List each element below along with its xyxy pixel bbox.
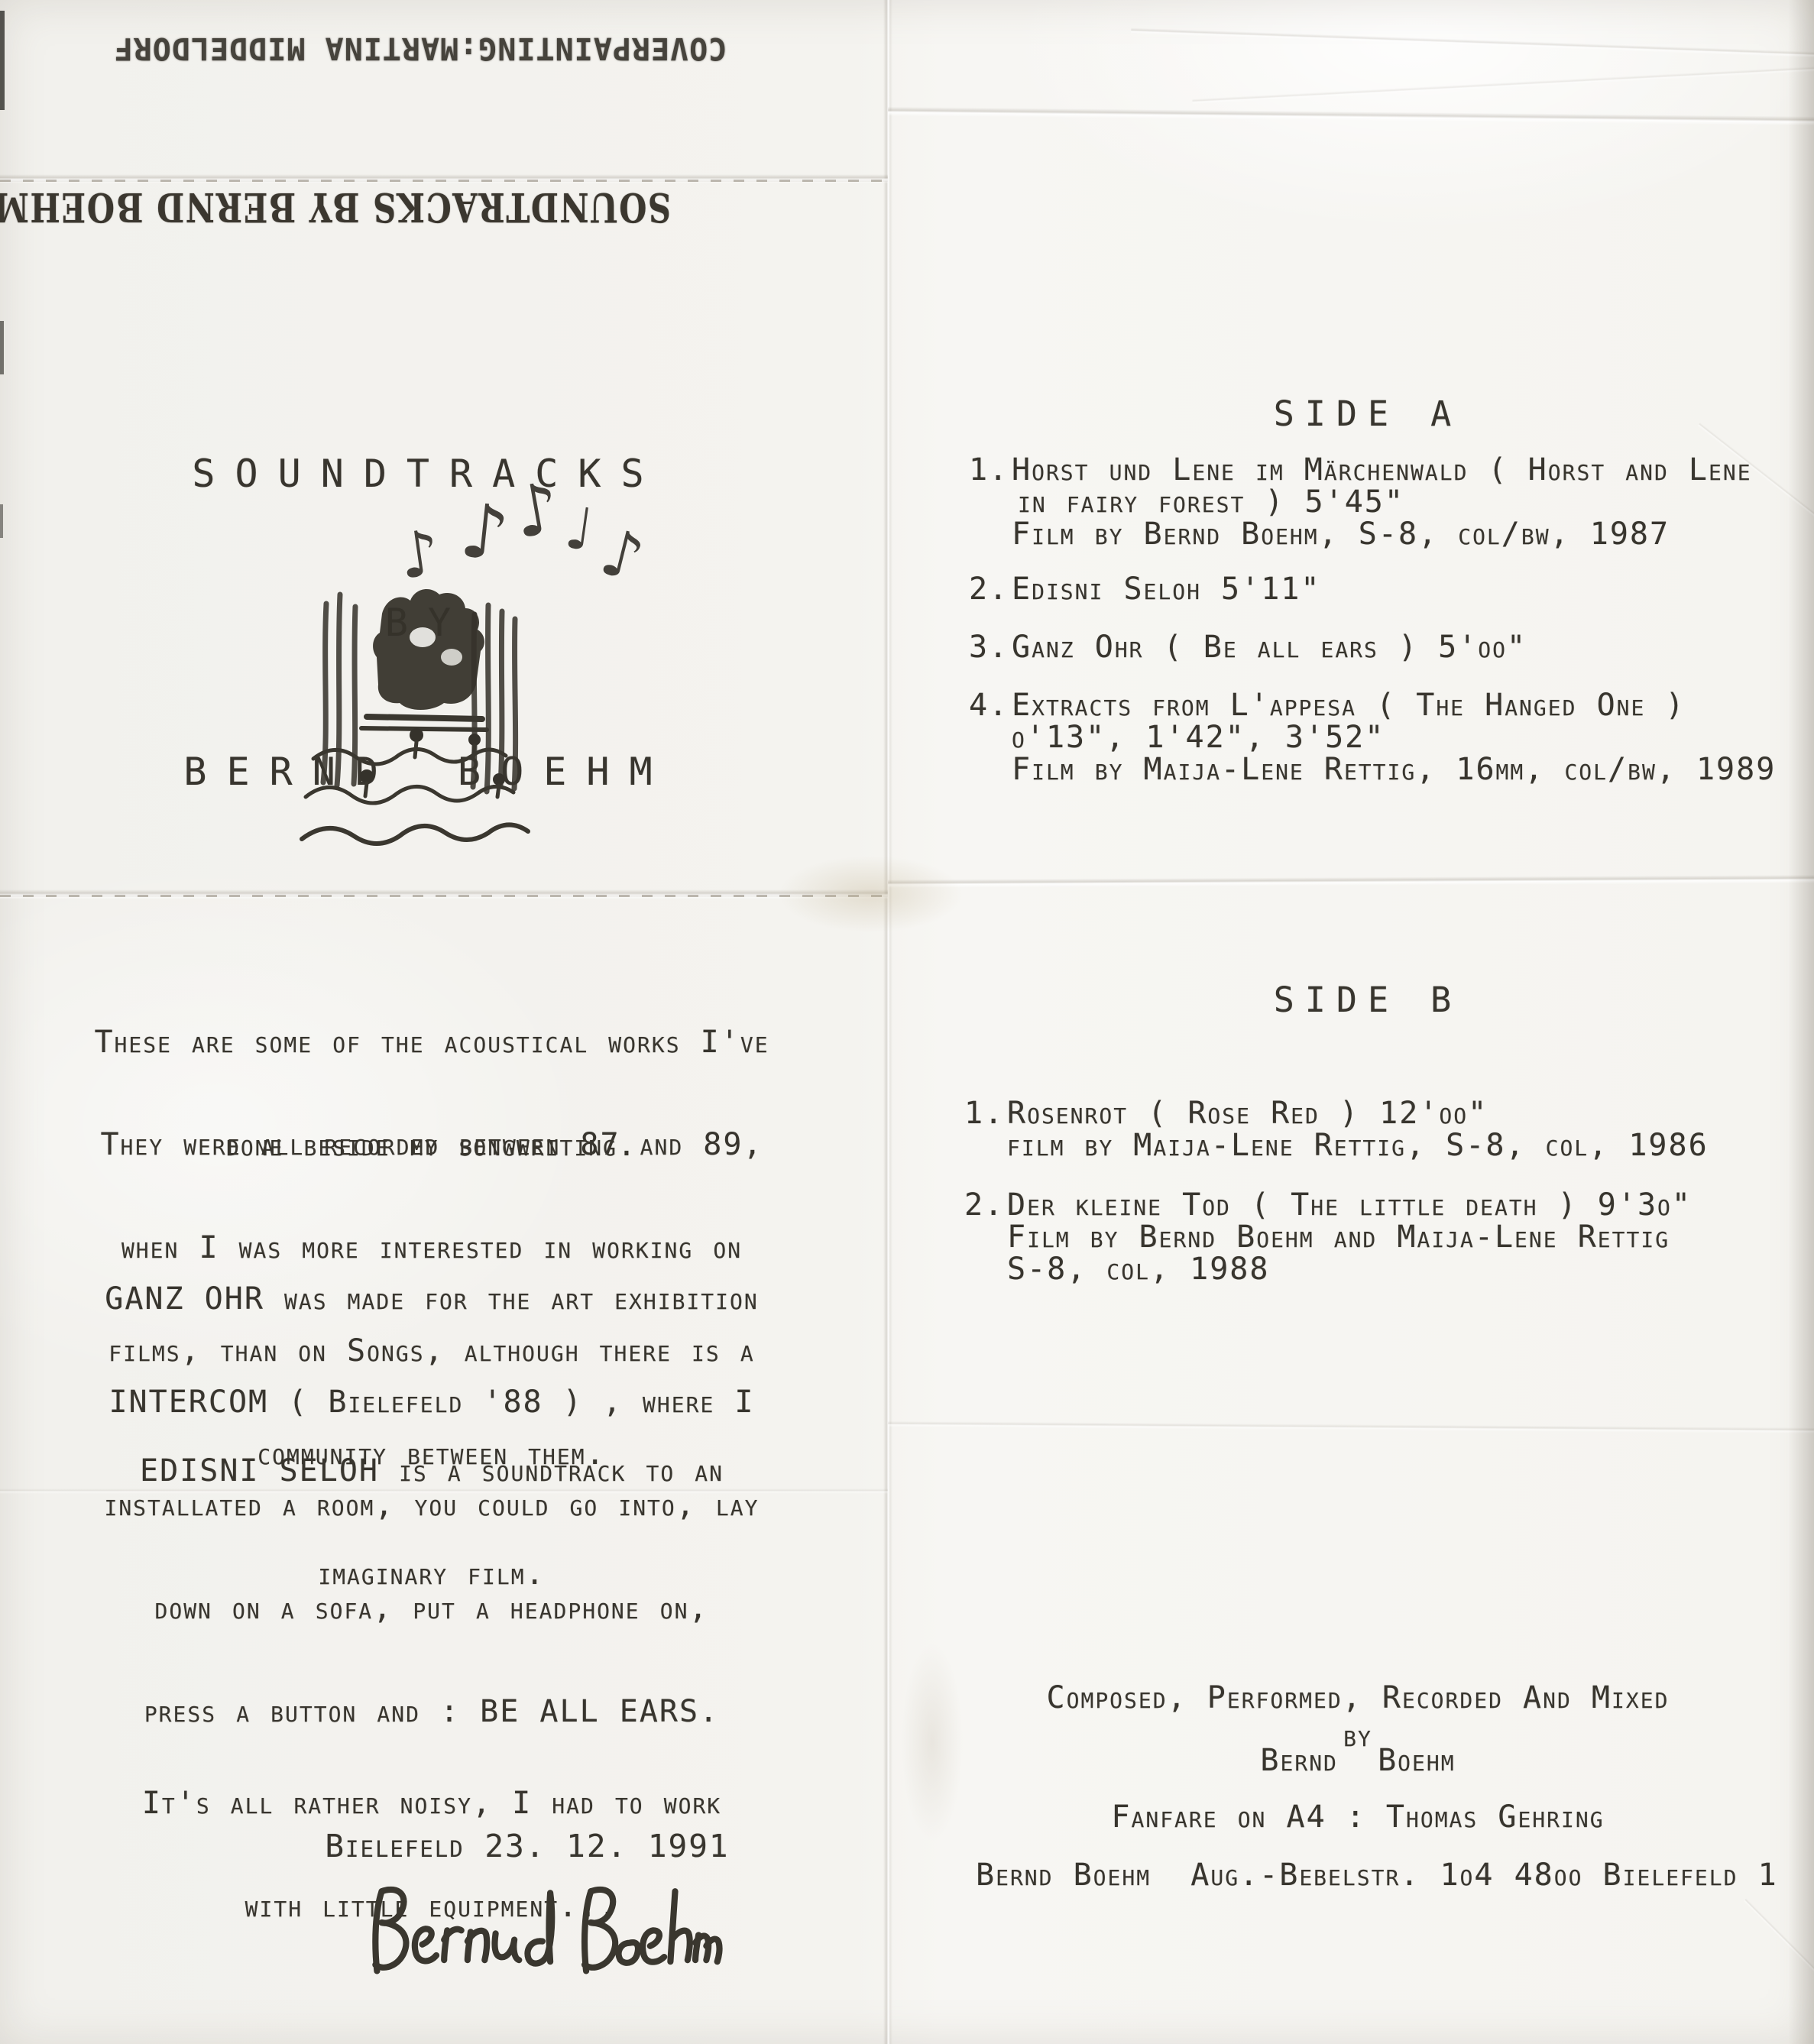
- track-line: Rosenrot ( Rose Red ) 12'oo": [1007, 1097, 1709, 1129]
- track-row: 2. Edisni Seloh 5'11": [969, 573, 1320, 605]
- track-line: film by Maija-Lene Rettig, S-8, col, 198…: [1007, 1129, 1709, 1161]
- track-number: 1.: [969, 454, 1012, 550]
- track-line: Ganz Ohr ( Be all ears ) 5'oo": [1012, 631, 1527, 663]
- track-line: Horst und Lene im Märchenwald ( Horst an…: [1012, 454, 1752, 486]
- paper-edge-shade: [1788, 0, 1814, 2044]
- side-a-heading: SIDE A: [1119, 394, 1616, 434]
- music-note-icon: ♪: [507, 466, 565, 555]
- track-line: o'13", 1'42", 3'52": [1012, 721, 1776, 753]
- track-line: in fairy forest ) 5'45": [1012, 486, 1752, 518]
- paper-stain: [902, 1643, 963, 1842]
- crumple-crease: [1192, 66, 1814, 105]
- side-b-heading: SIDE B: [1119, 980, 1616, 1020]
- paragraph-line: EDISNI SELOH is a soundtrack to an: [61, 1454, 802, 1488]
- place-date: Bielefeld 23. 12. 1991: [245, 1828, 810, 1864]
- paragraph-line: It's all rather noisy, I had to work: [61, 1786, 802, 1821]
- fold-crease: [888, 1421, 1814, 1433]
- edisni-seloh-paragraph: EDISNI SELOH is a soundtrack to an imagi…: [61, 1385, 802, 1660]
- music-note-icon: ♪: [456, 487, 513, 578]
- music-note-icon: ♩: [561, 493, 598, 564]
- fold-crease: [0, 180, 888, 182]
- track-number: 4.: [969, 689, 1012, 786]
- vertical-fold-crease: [883, 0, 892, 2044]
- fold-crease: [0, 174, 888, 183]
- paper-stain: [779, 856, 963, 932]
- track-line: Der kleine Tod ( The little death ) 9'3o…: [1007, 1189, 1692, 1221]
- curtain-left: [323, 594, 355, 786]
- track-line: Edisni Seloh 5'11": [1012, 573, 1320, 605]
- paragraph-line: These are some of the acoustical works I…: [61, 1025, 802, 1060]
- contact-address: Bernd Boehm Aug.-Bebelstr. 1o4 48oo Biel…: [976, 1858, 1740, 1893]
- track-line: Film by Maija-Lene Rettig, 16mm, col/bw,…: [1012, 753, 1776, 786]
- track-number: 3.: [969, 631, 1012, 663]
- scan-edge-artifact: [0, 321, 4, 374]
- credits-composed-line: Composed, Performed, Recorded And Mixed: [976, 1681, 1740, 1715]
- track-row: 2. Der kleine Tod ( The little death ) 9…: [964, 1189, 1692, 1285]
- scan-edge-artifact: [0, 11, 5, 110]
- seated-figures: [361, 589, 487, 730]
- track-number: 2.: [964, 1189, 1007, 1285]
- spine-title: SOUNDTRACKS BY BERND BOEHM: [170, 183, 671, 230]
- crumple-crease: [1743, 1898, 1814, 1987]
- fanfare-credit: Fanfare on A4 : Thomas Gehring: [976, 1800, 1740, 1835]
- scan-edge-artifact: [0, 504, 3, 538]
- track-line: Film by Bernd Boehm, S-8, col/bw, 1987: [1012, 518, 1752, 550]
- paragraph-line: GANZ OHR was made for the art exhibition: [61, 1282, 802, 1317]
- paragraph-line: They were all recorded between 87 and 89…: [61, 1128, 802, 1162]
- track-row: 1. Rosenrot ( Rose Red ) 12'oo" film by …: [964, 1097, 1709, 1161]
- track-number: 2.: [969, 573, 1012, 605]
- track-line: S-8, col, 1988: [1007, 1253, 1692, 1285]
- track-number: 1.: [964, 1097, 1007, 1161]
- coverpainting-credit: COVERPAINTING:MARTINA MIDDELDORF: [92, 31, 749, 66]
- track-line: Film by Bernd Boehm and Maija-Lene Retti…: [1007, 1221, 1692, 1253]
- track-row: 3. Ganz Ohr ( Be all ears ) 5'oo": [969, 631, 1527, 663]
- music-note-icon: ♪: [394, 517, 444, 594]
- signature: Bernd Boehm: [363, 1878, 730, 1997]
- crumple-crease: [1131, 28, 1814, 57]
- paragraph-line: imaginary film.: [61, 1557, 802, 1592]
- credits-artist-line: Bernd Boehm: [976, 1744, 1740, 1778]
- stage-illustration: hand-drawn ink sketch of a stage with cu…: [294, 480, 634, 862]
- track-row: 1. Horst und Lene im Märchenwald ( Horst…: [969, 454, 1752, 550]
- fold-crease: [888, 875, 1814, 888]
- music-notes: ♪ ♪ ♪ ♩ ♪: [394, 466, 651, 596]
- track-line: Extracts from L'appesa ( The Hanged One …: [1012, 689, 1776, 721]
- scanned-cassette-insert: COVERPAINTING:MARTINA MIDDELDORF SOUNDTR…: [0, 0, 1814, 2044]
- track-row: 4. Extracts from L'appesa ( The Hanged O…: [969, 689, 1776, 786]
- fold-crease: [888, 107, 1814, 126]
